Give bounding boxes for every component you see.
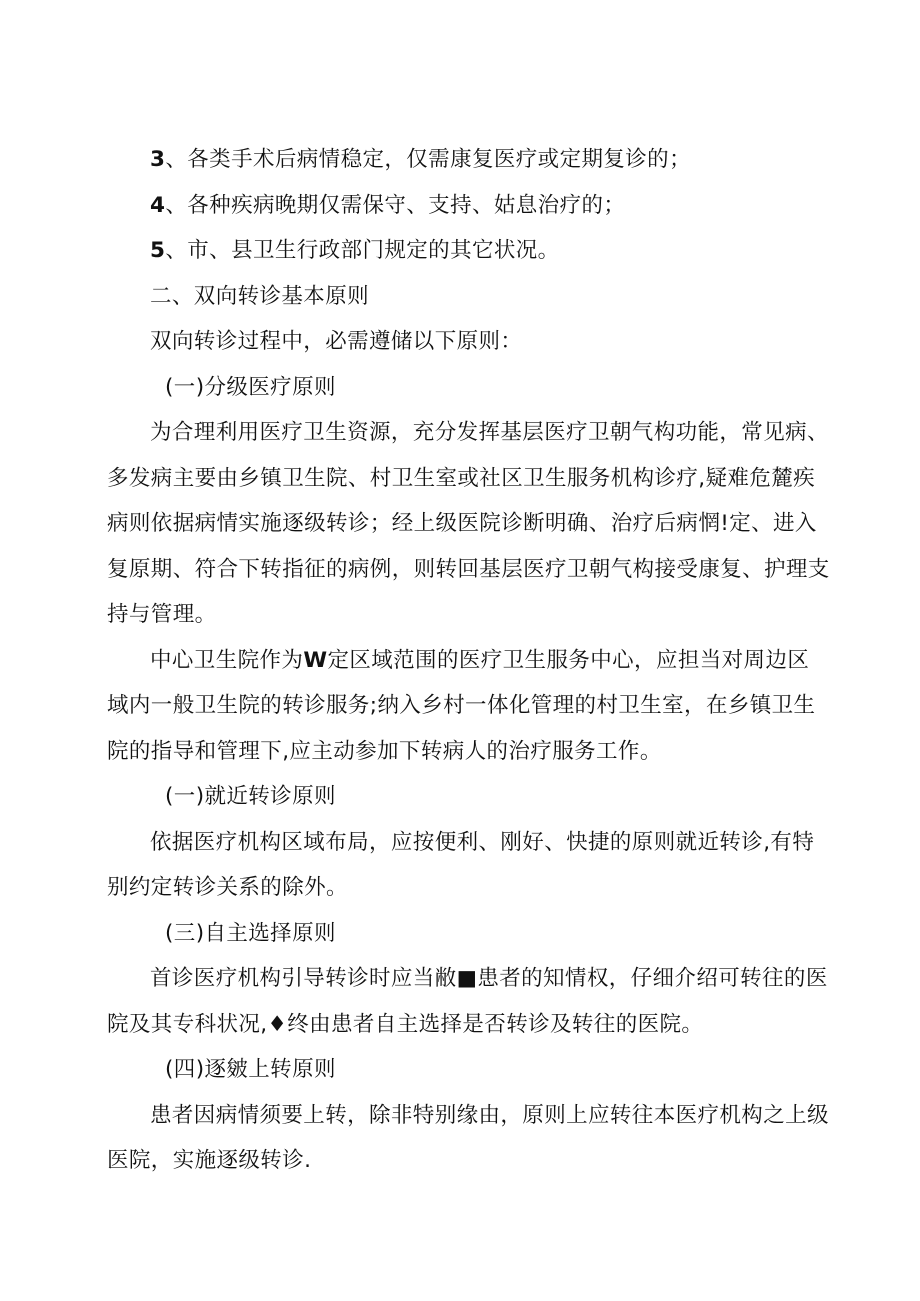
list-item: 5、市、县卫生行政部门规定的其它状况。 <box>107 228 817 274</box>
text-run-bold: W <box>303 648 327 673</box>
list-item: 4、各种疾病晚期仅需保守、支持、姑息治疗的； <box>107 183 817 229</box>
paragraph-line: 院及其专科状况,♦终由患者自主选择是否转诊及转往的医院。 <box>107 1002 817 1048</box>
section-heading: 二、双向转诊基本原则 <box>107 274 817 320</box>
principle-heading: (一)就近转诊原则 <box>107 774 817 820</box>
text-run: 定区域范围的医疗卫生服务中心，应担当对周边区 <box>327 648 809 673</box>
paragraph-line: 依据医疗机构区域布局，应按便利、刚好、快捷的原则就近转诊,有特 <box>107 820 817 866</box>
list-text: 、市、县卫生行政部门规定的其它状况。 <box>165 238 559 263</box>
paragraph-line: 医院，实施逐级转诊. <box>107 1138 817 1184</box>
list-number: 5 <box>150 238 165 263</box>
list-text: 、各类手术后病情稳定，仅需康复医疗或定期复诊的； <box>165 147 691 172</box>
paragraph-line: 持与管理。 <box>107 592 817 638</box>
paragraph-line: 患者因病情须要上转，除非特别缘由，原则上应转往本医疗机构之上级 <box>107 1093 817 1139</box>
paragraph-line: 中心卫生院作为W定区域范围的医疗卫生服务中心，应担当对周边区 <box>107 638 817 684</box>
section-intro: 双向转诊过程中，必需遵储以下原则： <box>107 319 817 365</box>
paragraph-line: 首诊医疗机构引导转诊时应当敝■患者的知情权，仔细介绍可转往的医 <box>107 956 817 1002</box>
paragraph-line: 为合理利用医疗卫生资源，充分发挥基层医疗卫朝气构功能，常见病、 <box>107 410 817 456</box>
document-page: 3、各类手术后病情稳定，仅需康复医疗或定期复诊的； 4、各种疾病晚期仅需保守、支… <box>107 137 817 1184</box>
text-run: 中心卫生院作为 <box>150 648 303 673</box>
paragraph-line: 域内一般卫生院的转诊服务;纳入乡村一体化管理的村卫生室，在乡镇卫生 <box>107 683 817 729</box>
list-number: 3 <box>150 147 165 172</box>
principle-heading: (四)逐皴上转原则 <box>107 1047 817 1093</box>
paragraph-line: 病则依据病情实施逐级转诊；经上级医院诊断明确、治疗后病惘!定、进入 <box>107 501 817 547</box>
list-text: 、各种疾病晚期仅需保守、支持、姑息治疗的； <box>165 193 625 218</box>
principle-heading: (一)分级医疗原则 <box>107 365 817 411</box>
paragraph-line: 复原期、符合下转指征的病例，则转回基层医疗卫朝气构接受康复、护理支 <box>107 547 817 593</box>
list-number: 4 <box>150 193 165 218</box>
list-item: 3、各类手术后病情稳定，仅需康复医疗或定期复诊的； <box>107 137 817 183</box>
paragraph-line: 院的指导和管理下,应主动参加下转病人的治疗服务工作。 <box>107 729 817 775</box>
principle-heading: (三)自主选择原则 <box>107 911 817 957</box>
paragraph-line: 多发病主要由乡镇卫生院、村卫生室或社区卫生服务机构诊疗,疑难危麓疾 <box>107 456 817 502</box>
paragraph-line: 别约定转诊关系的除外。 <box>107 865 817 911</box>
